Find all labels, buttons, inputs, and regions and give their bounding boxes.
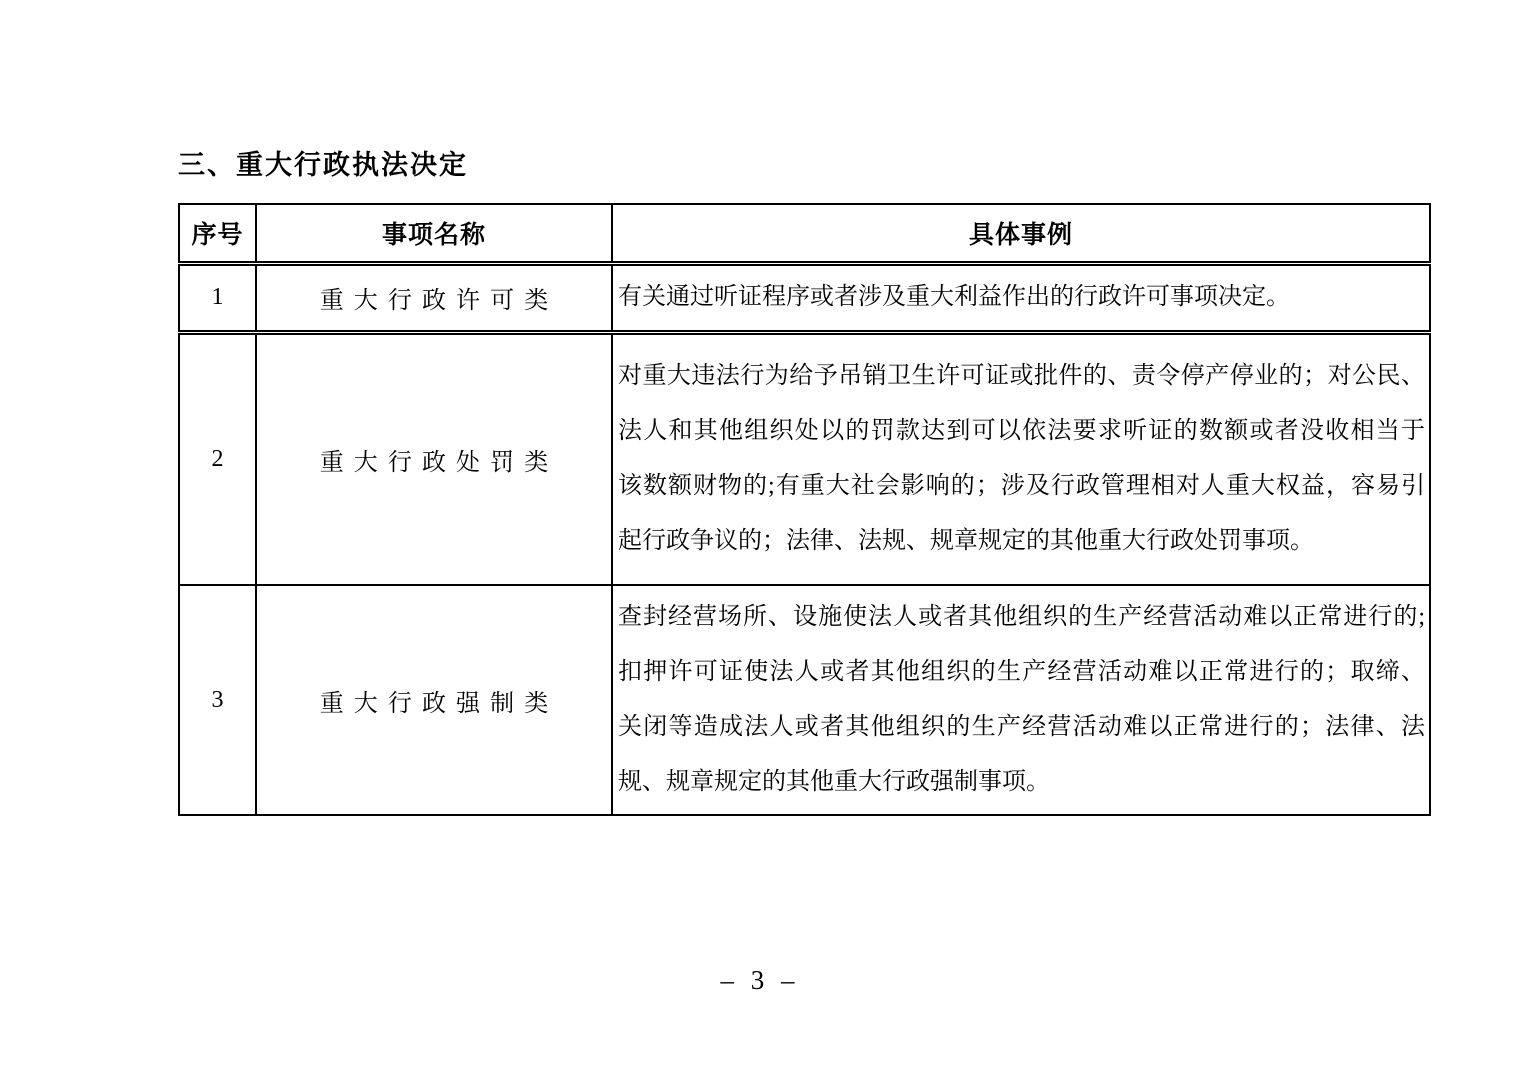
row-index: 2	[179, 332, 256, 585]
item-name: 重大行政强制类	[256, 585, 612, 815]
item-name: 重大行政处罚类	[256, 332, 612, 585]
document-title: 三、重大行政执法决定	[178, 143, 468, 182]
header-index: 序号	[179, 204, 256, 263]
example-line: 该数额财物的;有重大社会影响的；涉及行政管理相对人重大权益，容易引	[618, 459, 1425, 514]
example-line: 扣押许可证使法人或者其他组织的生产经营活动难以正常进行的；取缔、	[618, 645, 1425, 700]
example-line: 规、规章规定的其他重大行政强制事项。	[618, 755, 1425, 810]
page-number: – 3 –	[0, 965, 1520, 996]
example-line: 有关通过听证程序或者涉及重大利益作出的行政许可事项决定。	[618, 270, 1425, 325]
header-example: 具体事例	[612, 204, 1430, 263]
example-line: 查封经营场所、设施使法人或者其他组织的生产经营活动难以正常进行的;	[618, 590, 1425, 645]
table-row-3: 3 重大行政强制类 查封经营场所、设施使法人或者其他组织的生产经营活动难以正常进…	[179, 585, 1430, 815]
header-item-name: 事项名称	[256, 204, 612, 263]
example-line: 对重大违法行为给予吊销卫生许可证或批件的、责令停产停业的；对公民、	[618, 349, 1425, 404]
example-line: 起行政争议的；法律、法规、规章规定的其他重大行政处罚事项。	[618, 514, 1425, 569]
enforcement-decisions-table: 序号 事项名称 具体事例 1 重大行政许可类 有关通过听证程序或者涉及重大利益作…	[178, 203, 1431, 816]
document-page: 三、重大行政执法决定 序号 事项名称 具体事例 1 重大行政许可类 有关通过听证…	[0, 0, 1520, 1074]
example-line: 法人和其他组织处以的罚款达到可以依法要求听证的数额或者没收相当于	[618, 404, 1425, 459]
item-example: 对重大违法行为给予吊销卫生许可证或批件的、责令停产停业的；对公民、 法人和其他组…	[612, 332, 1430, 585]
item-example: 有关通过听证程序或者涉及重大利益作出的行政许可事项决定。	[612, 263, 1430, 332]
table-row-2: 2 重大行政处罚类 对重大违法行为给予吊销卫生许可证或批件的、责令停产停业的；对…	[179, 332, 1430, 585]
item-name: 重大行政许可类	[256, 263, 612, 332]
table-row-1: 1 重大行政许可类 有关通过听证程序或者涉及重大利益作出的行政许可事项决定。	[179, 263, 1430, 332]
item-example: 查封经营场所、设施使法人或者其他组织的生产经营活动难以正常进行的; 扣押许可证使…	[612, 585, 1430, 815]
row-index: 1	[179, 263, 256, 332]
row-index: 3	[179, 585, 256, 815]
table-header-row: 序号 事项名称 具体事例	[179, 204, 1430, 263]
example-line: 关闭等造成法人或者其他组织的生产经营活动难以正常进行的；法律、法	[618, 700, 1425, 755]
